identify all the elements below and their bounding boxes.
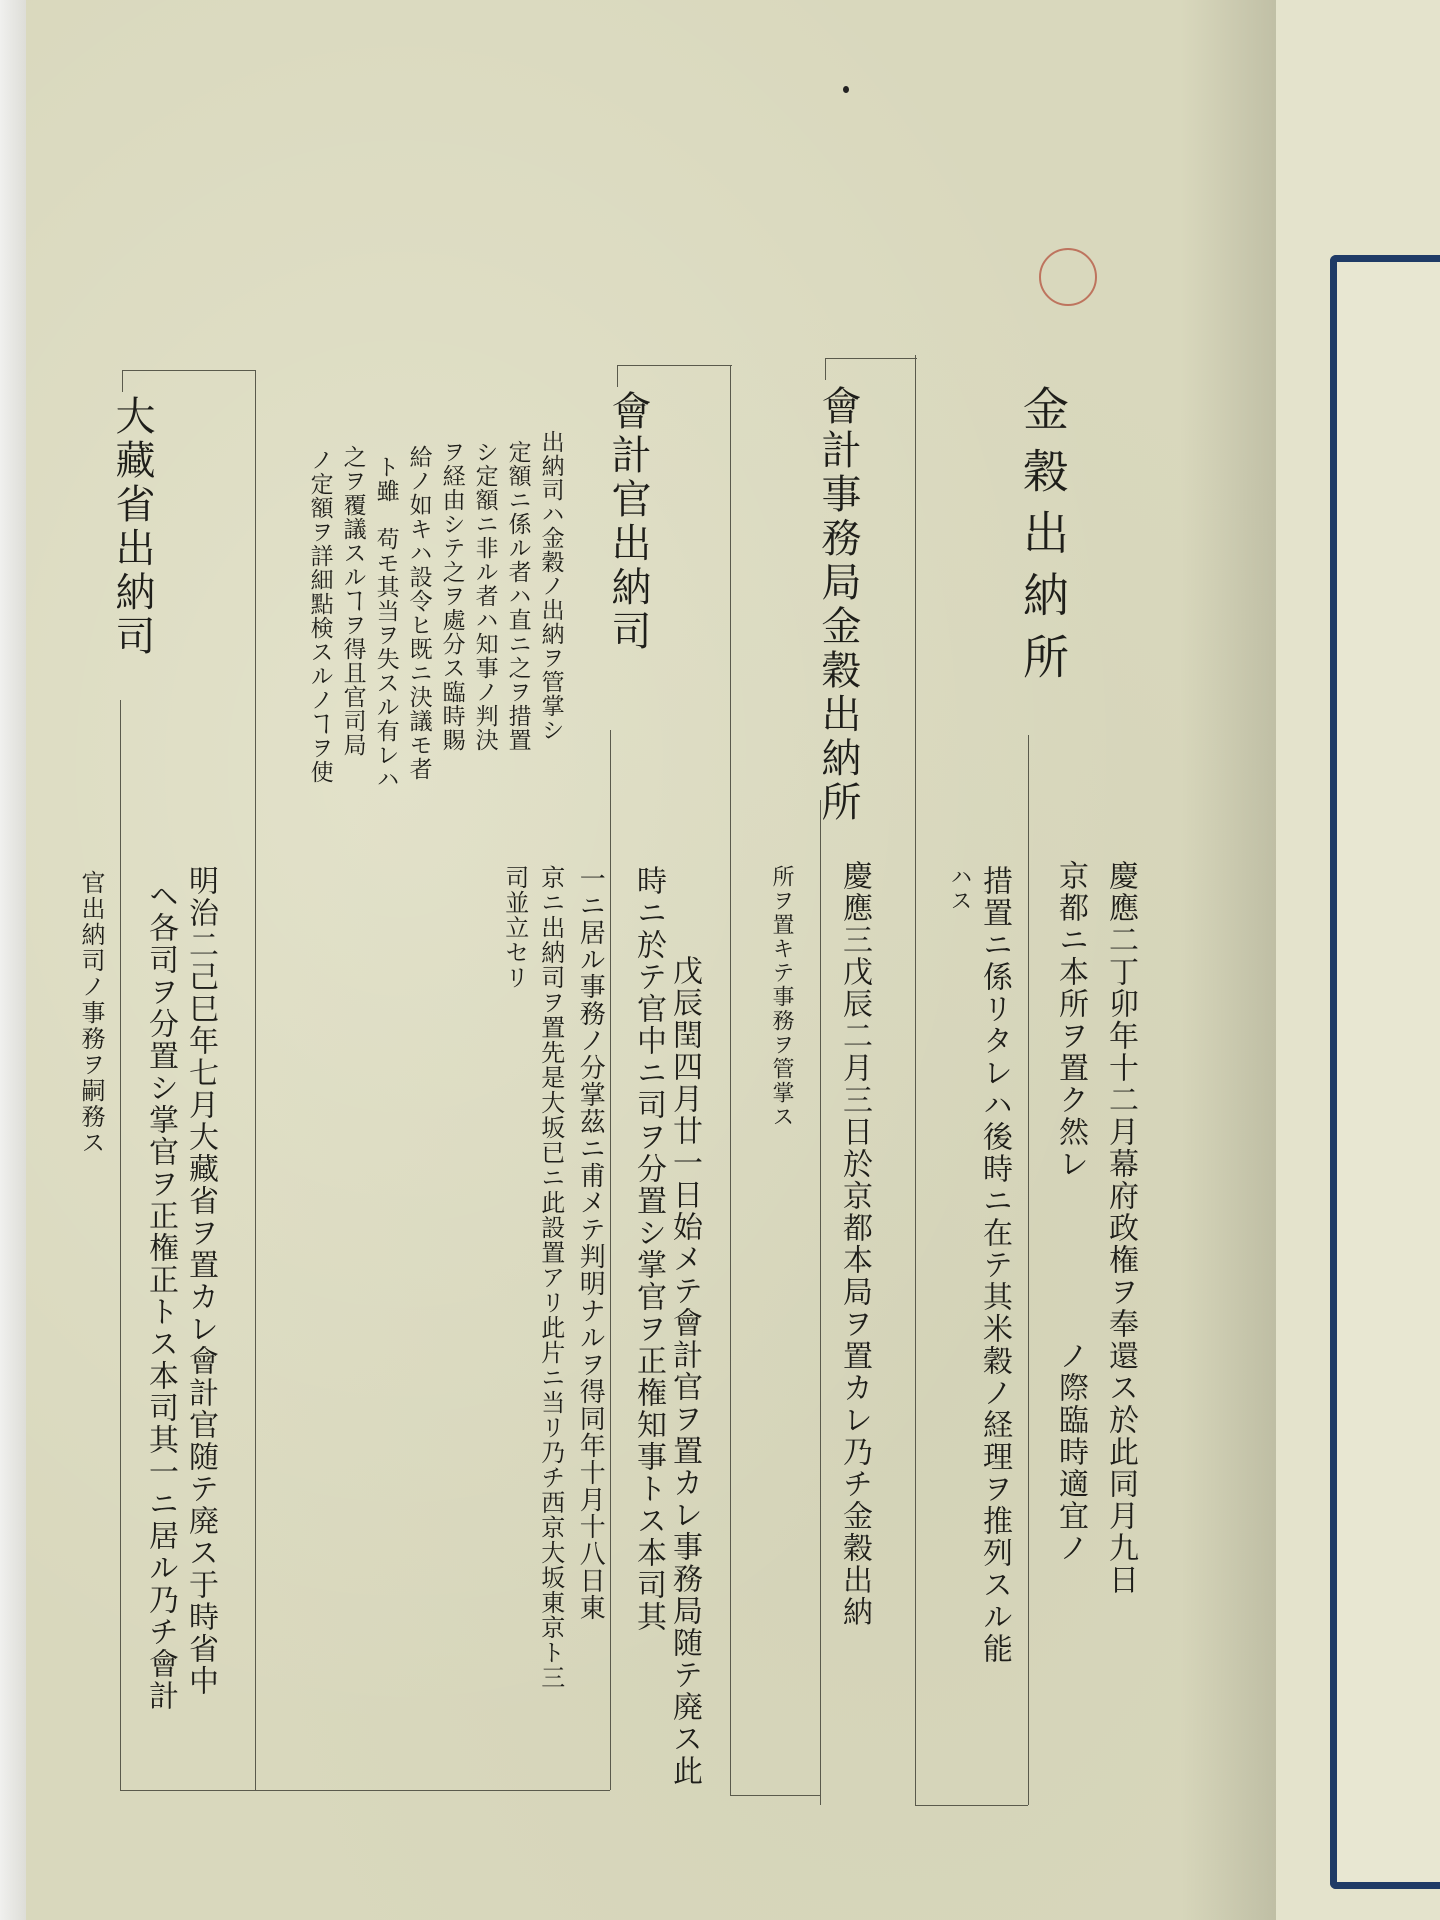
rule-line	[1028, 735, 1029, 1805]
text-line: 慶應三戊辰二月三日於京都本局ヲ置カレ乃チ金穀出納	[832, 860, 876, 1628]
rule-line	[730, 1795, 820, 1796]
section-heading-okurasho-suitoshi: 大藏省出納司	[104, 395, 161, 659]
annotation-line: 給ノ如キハ設令ヒ既ニ決議モ者	[404, 445, 432, 781]
text-line: ハス	[944, 865, 975, 913]
rule-line	[730, 365, 731, 1795]
rule-line	[915, 1805, 1028, 1806]
text-line: 一ニ居ル事務ノ分掌茲ニ甫メテ判明ナルヲ得同年十月十八日東	[574, 865, 605, 1621]
rule-line	[617, 365, 618, 387]
section-heading-kaikei-jimukyoku: 會計事務局金穀出納所	[810, 385, 867, 825]
rule-line	[825, 358, 826, 380]
rule-line	[122, 370, 123, 392]
rule-line	[610, 730, 611, 1790]
rule-line	[255, 1790, 610, 1791]
annotation-line: シ定額ニ非ル者ハ知事ノ判決	[470, 440, 498, 752]
red-seal-circle-icon	[1039, 248, 1097, 306]
rule-line	[915, 355, 916, 1805]
rule-line	[120, 1790, 255, 1791]
text-line: 措置ニ係リタレハ後時ニ在テ其米穀ノ経理ヲ推列スル能	[972, 865, 1016, 1665]
annotation-line: ノ定額ヲ詳細點検スルノヿヲ使	[305, 448, 333, 784]
ink-dot	[843, 86, 849, 93]
rule-line	[825, 358, 917, 359]
annotation-line: 定額ニ係ル者ハ直ニ之ヲ措置	[503, 440, 531, 752]
text-line: 明治二己巳年七月大藏省ヲ置カレ會計官随テ廃ス于時省中	[178, 865, 222, 1697]
rule-line	[617, 365, 732, 366]
rule-line	[120, 700, 121, 1790]
text-line: 京都ニ本所ヲ置ク然レ𪜈萬機草創ノ際臨時適宜ノ	[1048, 860, 1092, 1564]
rule-line	[122, 370, 255, 371]
scan-margin	[0, 0, 28, 1920]
text-line: ヘ各司ヲ分置シ掌官ヲ正権正トス本司其一ニ居ル乃チ會計	[138, 880, 182, 1712]
text-line: 司並立セリ	[500, 865, 529, 990]
rule-line	[255, 370, 256, 1790]
text-line: 時ニ於テ官中ニ司ヲ分置シ掌官ヲ正権知事トス本司其	[626, 865, 670, 1633]
section-heading-kinkoku-suitosho: 金穀出納所	[1010, 385, 1076, 695]
annotation-line: 之ヲ覆議スルヿヲ得且官司局	[338, 445, 366, 757]
page-gutter-shadow	[1180, 0, 1276, 1920]
section-heading-kaikeikan-suitoshi: 會計官出納司	[600, 390, 657, 654]
text-line: 慶應二丁卯年十二月幕府政権ヲ奉還ス於此同月九日	[1098, 860, 1142, 1596]
annotation-line: ト雖𪜈苟モ其当ヲ失スル有レハ	[371, 455, 399, 791]
rule-line	[820, 800, 821, 1805]
annotation-line: ヲ経由シテ之ヲ處分ス臨時賜	[437, 440, 465, 752]
text-line: 官出納司ノ事務ヲ嗣務ス	[74, 870, 109, 1156]
annotation-line: 出納司ハ金穀ノ出納ヲ管掌シ	[536, 430, 564, 742]
facing-page-blue-border	[1330, 255, 1440, 1889]
text-line: 所ヲ置キテ事務ヲ管掌ス	[766, 865, 797, 1129]
text-line: 京ニ出納司ヲ置先是大坂已ニ此設置アリ此片ニ当リ乃チ西京大坂東京ト三	[536, 865, 565, 1690]
